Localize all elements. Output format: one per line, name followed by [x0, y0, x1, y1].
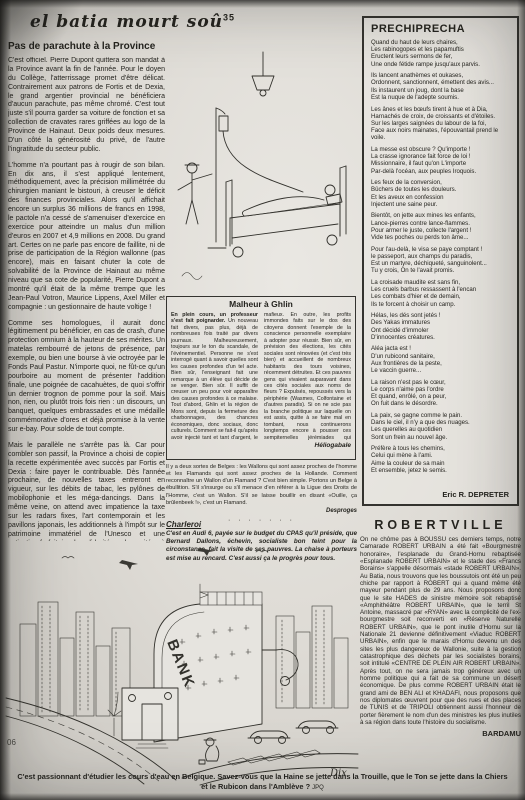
charleroi-title: Charleroi: [166, 520, 357, 529]
footer-caption: C'est passionnant d'étudier les cours d'…: [15, 772, 510, 792]
ghlin-columns: En plein cours, un professeur s'est fait…: [171, 312, 351, 440]
birds-and-planes-icons: [62, 548, 268, 570]
lead-article-column: C'est officiel. Pierre Dupont quittera s…: [8, 57, 165, 541]
issue-number: 35: [223, 12, 235, 22]
beggar-figure: [199, 738, 219, 764]
poem-stanza: Préfère à tous les chemins, Celui qui mè…: [371, 445, 510, 474]
poem-stanza: Les ânes et les bœufs tirent à hue et à …: [371, 106, 510, 142]
robertville-article: ROBERTVILLE On ne chôme pas à BOUSSU ces…: [360, 518, 521, 738]
poem-stanza: La raison n'est pas le cœur, Le corps n'…: [371, 379, 510, 408]
masthead-title: el batia mourt soû35: [30, 12, 235, 32]
ceiling-lamp-icon: [252, 52, 274, 96]
ghlin-column-1-text: Un nouveau fait divers, pas plus, déjà d…: [171, 318, 258, 440]
poem-stanza: Ils lancent anathèmes et oukases, Ordonn…: [371, 72, 510, 101]
poem-title: PRECHIPRECHA: [371, 23, 510, 35]
ghlin-column-1: En plein cours, un professeur s'est fait…: [171, 312, 258, 440]
footer-caption-text: C'est passionnant d'étudier les cours d'…: [17, 772, 507, 791]
poem-stanza: La messe est obscure ? Qu'importe ! La c…: [371, 146, 510, 175]
poem-stanza: Bientôt, on jette aux mines les enfants,…: [371, 212, 510, 241]
bank-pencil-sharpener-cartoon: BANK: [4, 546, 360, 786]
ghlin-title: Malheur à Ghlin: [171, 299, 351, 309]
robertville-signature: BARDAMU: [360, 729, 521, 738]
quote-signature: Desproges: [166, 508, 357, 516]
poem-stanza: Aléa jacta est ! D'un rubicond sanitaire…: [371, 345, 510, 374]
masthead-title-text: el batia mourt soû: [30, 12, 223, 32]
lead-paragraph: Comme ses homologues, il aurait donc lég…: [8, 320, 165, 435]
patient-figure: [242, 185, 342, 216]
lead-paragraph: Mais le parallèle ne s'arrête pas là. Ca…: [8, 442, 165, 541]
poem-stanza: Les feux de la conversion, Bûchers de to…: [371, 179, 510, 208]
page-number: 06: [7, 738, 16, 747]
robertville-body: On ne chôme pas à BOUSSU ces derniers te…: [360, 536, 521, 726]
bank-entrance: [122, 688, 178, 748]
poem-box: PRECHIPRECHA Quand du haut de leurs chai…: [362, 16, 519, 506]
hospital-room-cartoon: [168, 50, 358, 292]
poem-stanza: La paix, se gagne comme le pain. Dans le…: [371, 412, 510, 441]
standing-figure: [178, 163, 212, 224]
hospital-bed: [226, 166, 346, 257]
city-skyline-left: [20, 602, 130, 716]
sharpener-blade-slot: [200, 592, 262, 605]
city-skyline-right: [276, 606, 348, 708]
poem-signature: Eric R. DEPRETER: [442, 490, 509, 499]
poem-stanza: Quand du haut de leurs chaires, Les rabi…: [371, 39, 510, 68]
crank-handle: [262, 650, 298, 686]
belgians-quote-block: Il y a deux sortes de Belges : les Wallo…: [166, 464, 357, 526]
artist-scribble-signature: [182, 273, 202, 280]
ghlin-signature: Héliogabale: [171, 442, 351, 449]
robertville-title: ROBERTVILLE: [360, 518, 521, 532]
ghlin-column-2: mafieux. En outre, les profits immondes …: [264, 312, 351, 440]
footer-caption-signature: JPQ: [312, 785, 324, 791]
newspaper-page-photo: el batia mourt soû35 Pas de parachute à …: [0, 0, 525, 800]
lead-paragraph: C'est officiel. Pierre Dupont quittera s…: [8, 57, 165, 155]
belgians-quote-text: Il y a deux sortes de Belges : les Wallo…: [166, 464, 357, 507]
iv-stand-icon: [208, 108, 303, 248]
poem-stanza: La croisade maudite est sans fin, Les cr…: [371, 279, 510, 308]
lead-headline: Pas de parachute à la Province: [8, 41, 166, 52]
bank-building: BANK: [108, 584, 298, 748]
photo-edge-top: [0, 0, 525, 8]
paper-background: el batia mourt soû35 Pas de parachute à …: [0, 0, 525, 800]
photo-edge-bottom: [0, 793, 525, 800]
ghlin-article-box: Malheur à Ghlin En plein cours, un profe…: [166, 296, 356, 460]
poem-stanza: Hélas, les dés sont jetés ! Des Yakas im…: [371, 312, 510, 341]
poem-stanza: Pour l'au-delà, le visa se paye comptant…: [371, 246, 510, 275]
lead-paragraph: L'homme n'a pourtant pas à rougir de son…: [8, 162, 165, 313]
